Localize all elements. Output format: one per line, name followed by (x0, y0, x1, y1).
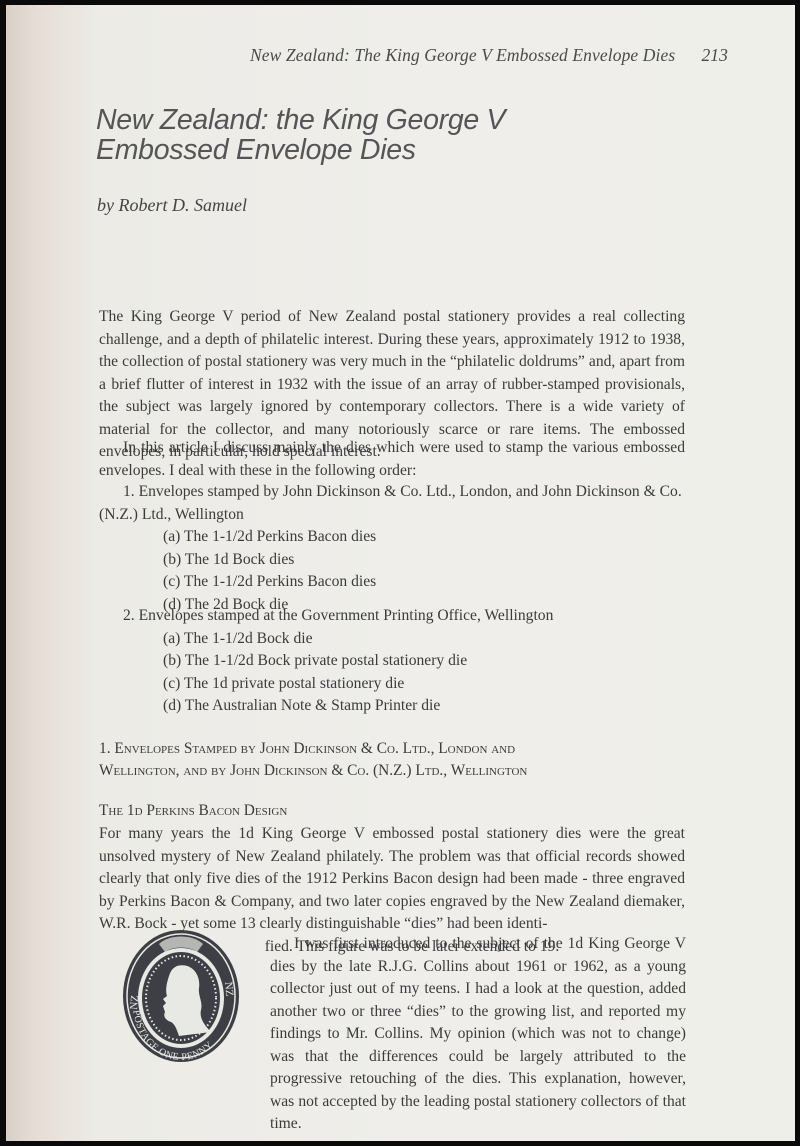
outline-item: (b) The 1-1/2d Bock private postal stati… (99, 650, 685, 673)
outline-item: (b) The 1d Bock dies (99, 549, 685, 572)
svg-text:NZ: NZ (222, 981, 235, 997)
embossed-stamp-figure: NZ NZ POSTAGE ONE PENNY (119, 926, 243, 1066)
outline-group-label: 2. Envelopes stamped at the Government P… (99, 605, 685, 628)
journal-page: New Zealand: The King George V Embossed … (6, 5, 795, 1141)
outline-group-2: 2. Envelopes stamped at the Government P… (99, 605, 685, 718)
article-title-line2: Embossed Envelope Dies (96, 135, 505, 165)
mystery-paragraph-text: For many years the 1d King George V embo… (99, 823, 685, 936)
section-heading: 1. Envelopes Stamped by John Dickinson &… (99, 738, 685, 782)
section-heading-line2: Wellington, and by John Dickinson & Co. … (99, 760, 685, 782)
outline-item: (d) The Australian Note & Stamp Printer … (99, 695, 685, 718)
outline-group-1: 1. Envelopes stamped by John Dickinson &… (99, 481, 685, 616)
running-head: New Zealand: The King George V Embossed … (250, 45, 730, 66)
introduction-paragraph: I was first introduced to the subject of… (270, 933, 686, 1136)
byline: by Robert D. Samuel (97, 195, 247, 216)
outline-item: (a) The 1-1/2d Bock die (99, 628, 685, 651)
order-intro-paragraph: In this article I discuss mainly the die… (99, 437, 685, 482)
page-number: 213 (701, 45, 728, 66)
outline-item: (c) The 1d private postal stationery die (99, 673, 685, 696)
outline-item: (a) The 1-1/2d Perkins Bacon dies (99, 526, 685, 549)
subsection-heading: The 1d Perkins Bacon Design (99, 800, 685, 823)
svg-text:NZ: NZ (128, 994, 141, 1010)
outline-group-label: 1. Envelopes stamped by John Dickinson &… (99, 481, 685, 526)
embossed-stamp-icon: NZ NZ POSTAGE ONE PENNY (119, 926, 243, 1066)
article-title: New Zealand: the King George V Embossed … (96, 105, 505, 165)
section-heading-line1: 1. Envelopes Stamped by John Dickinson &… (99, 738, 685, 760)
article-title-line1: New Zealand: the King George V (96, 105, 505, 135)
outline-item: (c) The 1-1/2d Perkins Bacon dies (99, 571, 685, 594)
running-head-title: New Zealand: The King George V Embossed … (250, 45, 675, 65)
